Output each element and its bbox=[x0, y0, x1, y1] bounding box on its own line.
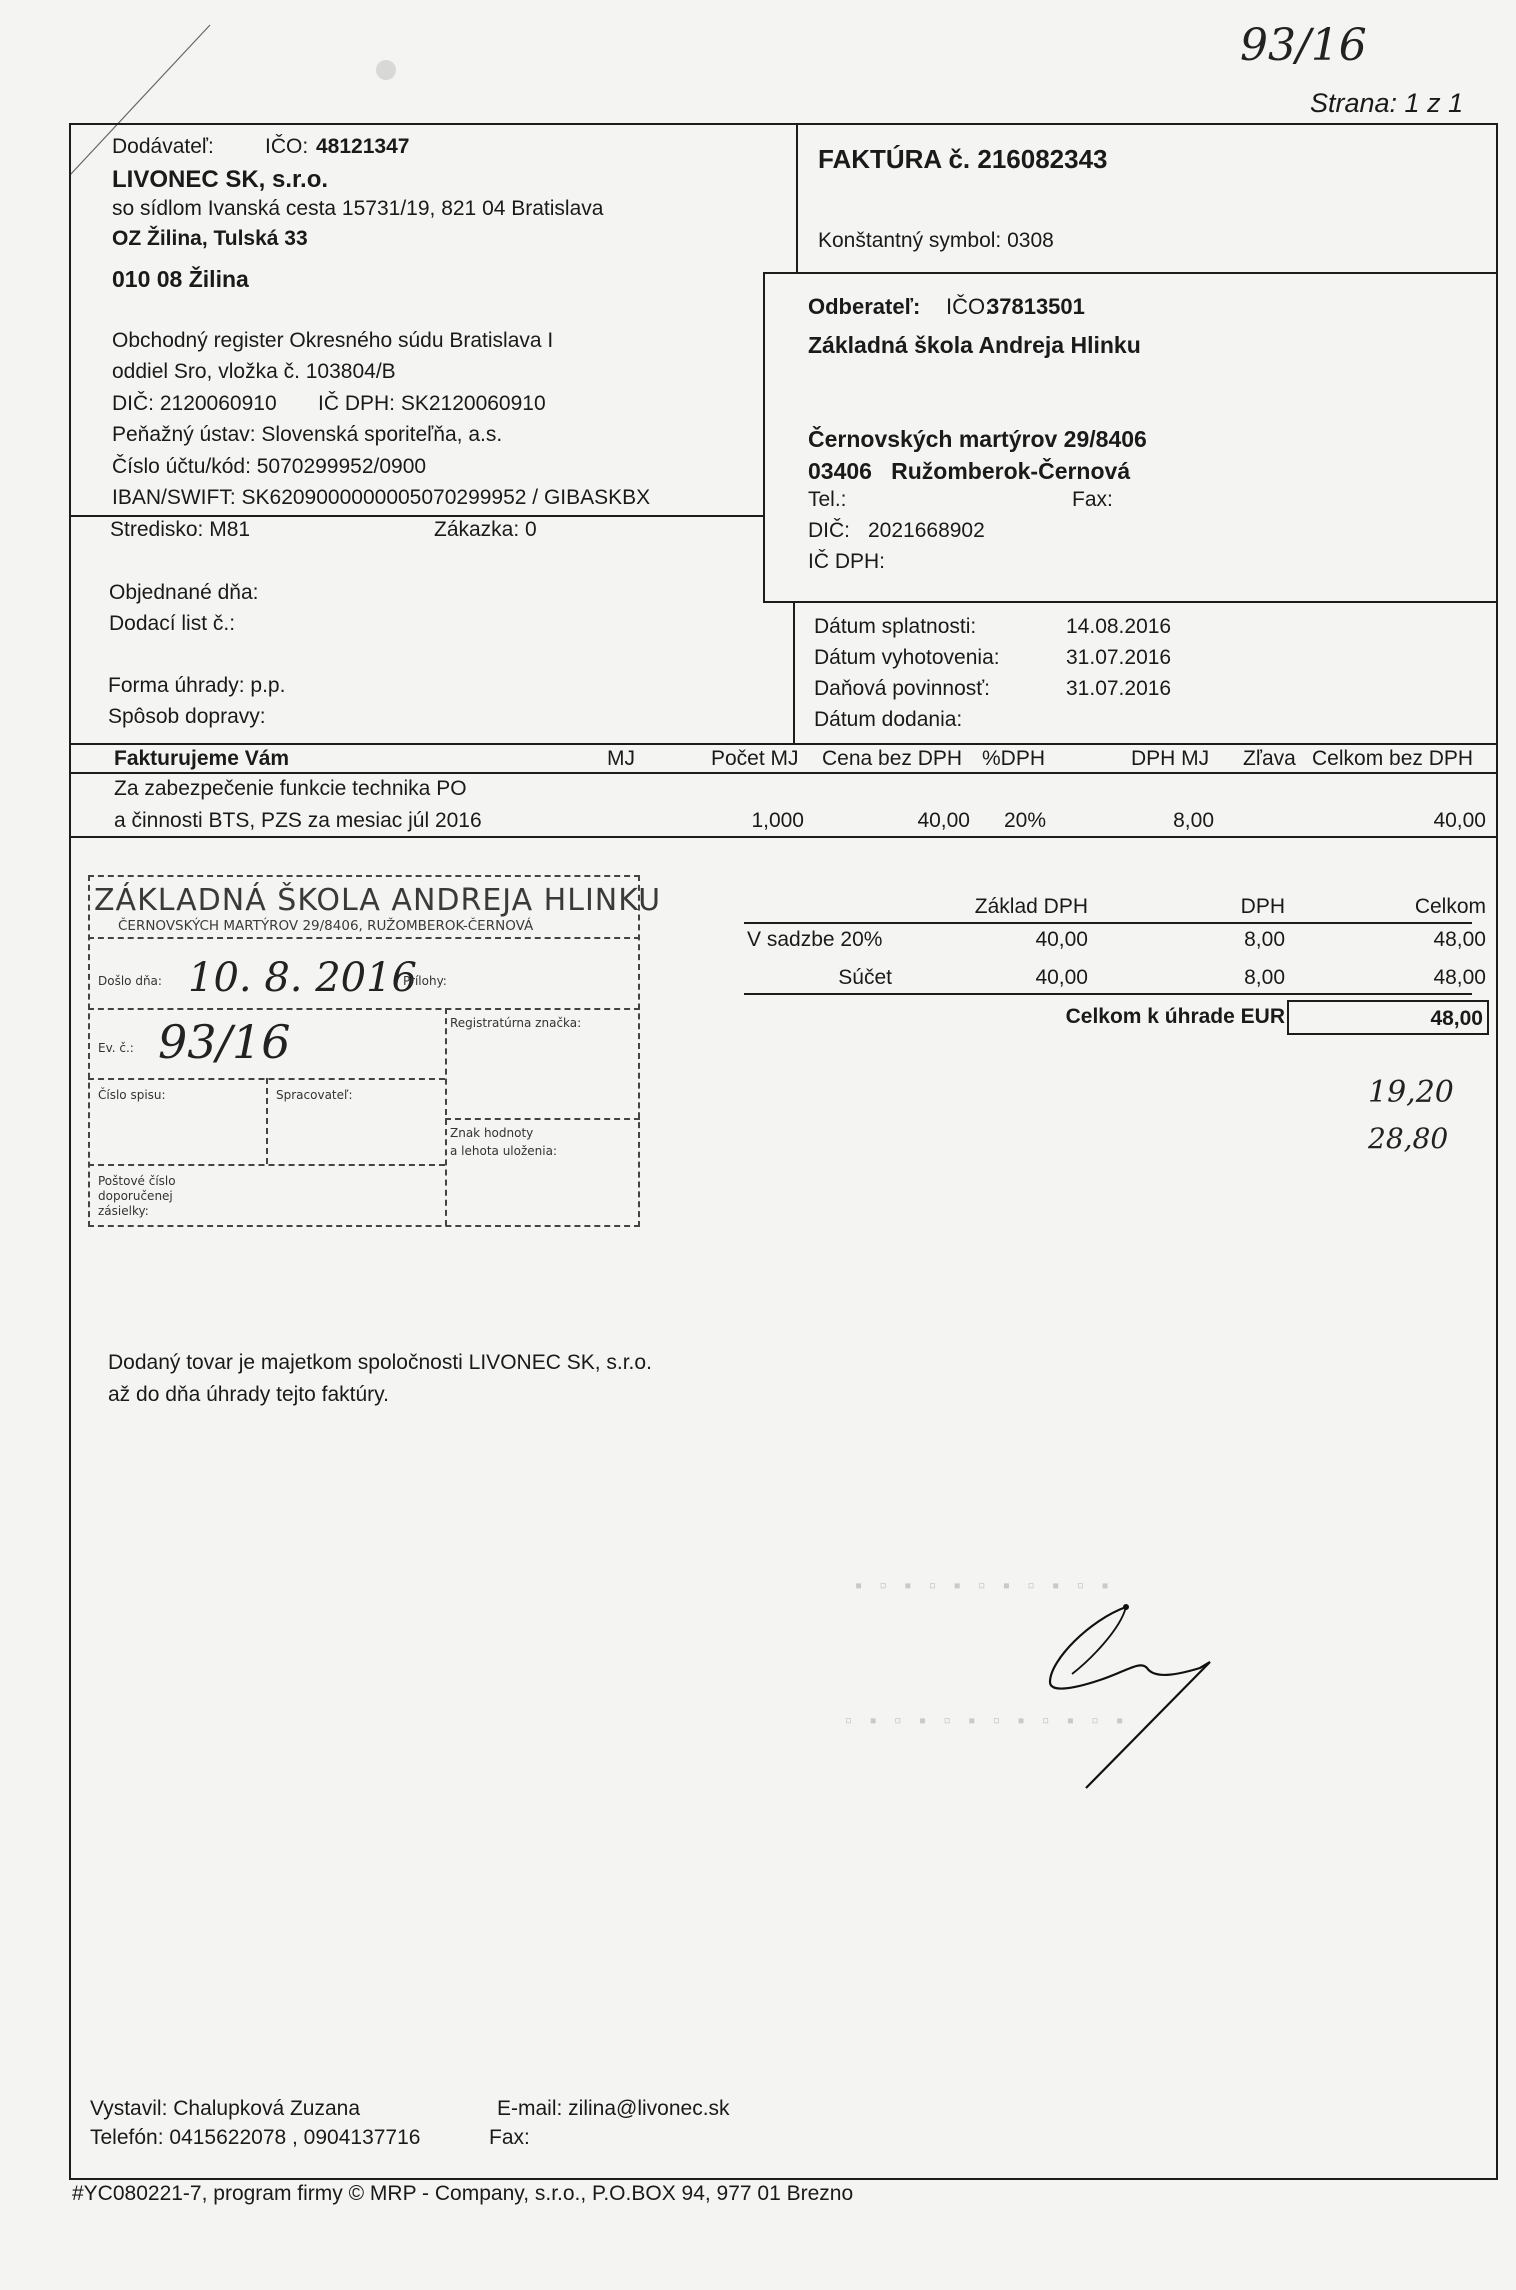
dates-divider bbox=[793, 601, 795, 744]
supplier-city: 010 08 Žilina bbox=[112, 266, 249, 293]
stamp-postal-label-3: zásielky: bbox=[98, 1205, 149, 1217]
item-desc-line2: a činnosti BTS, PZS za mesiac júl 2016 bbox=[114, 810, 482, 831]
summary-row-label: V sadzbe 20% bbox=[747, 929, 882, 950]
issue-date-label: Dátum vyhotovenia: bbox=[814, 647, 1000, 668]
software-note: #YC080221-7, program firmy © MRP - Compa… bbox=[72, 2183, 853, 2204]
supplier-label: Dodávateľ: bbox=[112, 136, 214, 157]
customer-name: Základná škola Andreja Hlinku bbox=[808, 332, 1141, 359]
invoice-title: FAKTÚRA č. 216082343 bbox=[818, 144, 1108, 175]
handwritten-note-2: 28,80 bbox=[1368, 1122, 1448, 1155]
supplier-bank: Peňažný ústav: Slovenská sporiteľňa, a.s… bbox=[112, 424, 502, 445]
supplier-register-1: Obchodný register Okresného súdu Bratisl… bbox=[112, 330, 553, 351]
supplier-iban: IBAN/SWIFT: SK6209000000005070299952 / G… bbox=[112, 487, 650, 508]
stamp-address: ČERNOVSKÝCH MARTÝROV 29/8406, RUŽOMBEROK… bbox=[118, 918, 533, 934]
customer-tel-label: Tel.: bbox=[808, 489, 847, 510]
summary-sum-base: 40,00 bbox=[880, 967, 1088, 988]
summary-sum-label: Súčet bbox=[744, 967, 892, 988]
stamp-registry-label: Registratúrna značka: bbox=[450, 1017, 581, 1029]
due-date-value: 14.08.2016 bbox=[1066, 616, 1171, 637]
customer-fax-label: Fax: bbox=[1072, 489, 1113, 510]
summary-col-vat: DPH bbox=[1180, 896, 1285, 917]
stamp-ev-value: 93/16 bbox=[158, 1015, 291, 1069]
customer-ico-label: IČO: bbox=[946, 294, 991, 320]
payment-form: Forma úhrady: p.p. bbox=[108, 675, 285, 696]
issue-date-value: 31.07.2016 bbox=[1066, 647, 1171, 668]
signature bbox=[1030, 1600, 1270, 1790]
faint-company-stamp-line1: ▪ ▫ ▪ ▫ ▪ ▫ ▪ ▫ ▪ ▫ ▪ bbox=[855, 1575, 1115, 1598]
handwritten-note-1: 19,20 bbox=[1368, 1075, 1454, 1110]
stamp-retention-label-2: a lehota uloženia: bbox=[450, 1145, 557, 1157]
stamp-postal-label-2: doporučenej bbox=[98, 1190, 173, 1202]
grand-total-label: Celkom k úhrade EUR bbox=[940, 1006, 1285, 1027]
summary-sum-vat: 8,00 bbox=[1180, 967, 1285, 988]
ordered-date: Objednané dňa: bbox=[109, 582, 258, 603]
item-vat-unit: 8,00 bbox=[1110, 810, 1214, 831]
invoice-title-divider bbox=[796, 123, 798, 273]
page-counter: Strana: 1 z 1 bbox=[1310, 88, 1463, 119]
delivery-note: Dodací list č.: bbox=[109, 613, 235, 634]
issued-by: Vystavil: Chalupková Zuzana bbox=[90, 2098, 360, 2119]
stredisko: Stredisko: M81 bbox=[110, 519, 250, 540]
items-col-vat-pct: %DPH bbox=[982, 748, 1045, 769]
due-date-label: Dátum splatnosti: bbox=[814, 616, 976, 637]
supplier-email[interactable]: E-mail: zilina@livonec.sk bbox=[497, 2098, 730, 2119]
customer-dic-label: DIČ: bbox=[808, 520, 850, 541]
frame-right bbox=[1496, 123, 1498, 2180]
registry-stamp: ZÁKLADNÁ ŠKOLA ANDREJA HLINKU ČERNOVSKÝC… bbox=[88, 875, 640, 1227]
summary-sum-line bbox=[744, 993, 1472, 995]
item-price: 40,00 bbox=[870, 810, 970, 831]
delivery-date-label: Dátum dodania: bbox=[814, 709, 962, 730]
supplier-name: LIVONEC SK, s.r.o. bbox=[112, 166, 328, 194]
summary-col-total: Celkom bbox=[1340, 896, 1486, 917]
customer-label: Odberateľ: bbox=[808, 294, 920, 320]
summary-row-vat: 8,00 bbox=[1180, 929, 1285, 950]
supplier-account: Číslo účtu/kód: 5070299952/0900 bbox=[112, 456, 426, 477]
summary-col-base: Základ DPH bbox=[880, 896, 1088, 917]
stamp-attachments-label: Prílohy: bbox=[403, 975, 447, 987]
stamp-processor-label: Spracovateľ: bbox=[276, 1089, 353, 1101]
supplier-dic: DIČ: 2120060910 bbox=[112, 393, 277, 414]
supplier-ico: 48121347 bbox=[316, 136, 409, 157]
handwritten-doc-number: 93/16 bbox=[1240, 20, 1367, 71]
items-col-mj: MJ bbox=[607, 748, 635, 769]
customer-box-bottom bbox=[763, 601, 1498, 603]
supplier-ic-dph: IČ DPH: SK2120060910 bbox=[318, 393, 546, 414]
item-desc-line1: Za zabezpečenie funkcie technika PO bbox=[114, 778, 467, 799]
items-col-discount: Zľava bbox=[1243, 748, 1296, 769]
customer-ic-dph-label: IČ DPH: bbox=[808, 551, 885, 572]
grand-total-value: 48,00 bbox=[1430, 1008, 1483, 1029]
items-col-qty: Počet MJ bbox=[711, 748, 799, 769]
stamp-file-no-label: Číslo spisu: bbox=[98, 1089, 166, 1101]
items-col-total: Celkom bez DPH bbox=[1312, 748, 1473, 769]
item-total: 40,00 bbox=[1340, 810, 1486, 831]
supplier-seat: so sídlom Ivanská cesta 15731/19, 821 04… bbox=[112, 198, 603, 219]
customer-box-left bbox=[763, 272, 765, 603]
items-bottom bbox=[69, 836, 1498, 838]
stamp-received-label: Došlo dňa: bbox=[98, 975, 162, 987]
grand-total-box: 48,00 bbox=[1287, 1000, 1489, 1035]
constant-symbol: Konštantný symbol: 0308 bbox=[818, 230, 1054, 251]
item-vat-pct: 20% bbox=[1004, 810, 1046, 831]
stamp-org: ZÁKLADNÁ ŠKOLA ANDREJA HLINKU bbox=[94, 883, 661, 918]
zakazka: Zákazka: 0 bbox=[434, 519, 537, 540]
stamp-ev-label: Ev. č.: bbox=[98, 1042, 134, 1054]
transport-method: Spôsob dopravy: bbox=[108, 706, 266, 727]
supplier-ico-label: IČO: bbox=[265, 136, 308, 157]
supplier-phone: Telefón: 0415622078 , 0904137716 bbox=[90, 2127, 420, 2148]
stamp-received-value: 10. 8. 2016 bbox=[188, 955, 417, 1001]
supplier-branch: OZ Žilina, Tulská 33 bbox=[112, 228, 308, 249]
ownership-note-line2: až do dňa úhrady tejto faktúry. bbox=[108, 1384, 389, 1405]
customer-dic: 2021668902 bbox=[868, 520, 985, 541]
supplier-register-2: oddiel Sro, vložka č. 103804/B bbox=[112, 361, 396, 382]
items-col-price: Cena bez DPH bbox=[822, 748, 962, 769]
items-col-desc: Fakturujeme Vám bbox=[114, 748, 289, 769]
stamp-retention-label-1: Znak hodnoty bbox=[450, 1127, 533, 1139]
customer-street: Černovských martýrov 29/8406 bbox=[808, 426, 1147, 453]
frame-top bbox=[70, 123, 1498, 125]
summary-row-total: 48,00 bbox=[1340, 929, 1486, 950]
supplier-bank-divider bbox=[69, 515, 765, 517]
summary-header-line bbox=[744, 922, 1472, 924]
customer-box-top bbox=[765, 272, 1498, 274]
supplier-fax: Fax: bbox=[489, 2127, 530, 2148]
summary-sum-total: 48,00 bbox=[1340, 967, 1486, 988]
items-header-bottom bbox=[69, 772, 1498, 774]
frame-left bbox=[69, 123, 71, 2180]
stamp-postal-label-1: Poštové číslo bbox=[98, 1175, 176, 1187]
items-header-top bbox=[69, 743, 1498, 745]
customer-city: 03406 Ružomberok-Černová bbox=[808, 458, 1130, 485]
item-qty: 1,000 bbox=[700, 810, 804, 831]
tax-date-value: 31.07.2016 bbox=[1066, 678, 1171, 699]
customer-ico: 37813501 bbox=[987, 294, 1085, 320]
smudge bbox=[376, 60, 396, 80]
summary-row-base: 40,00 bbox=[880, 929, 1088, 950]
ownership-note-line1: Dodaný tovar je majetkom spoločnosti LIV… bbox=[108, 1352, 652, 1373]
frame-bottom bbox=[69, 2178, 1498, 2180]
tax-date-label: Daňová povinnosť: bbox=[814, 678, 990, 699]
items-col-vat-unit: DPH MJ bbox=[1131, 748, 1209, 769]
